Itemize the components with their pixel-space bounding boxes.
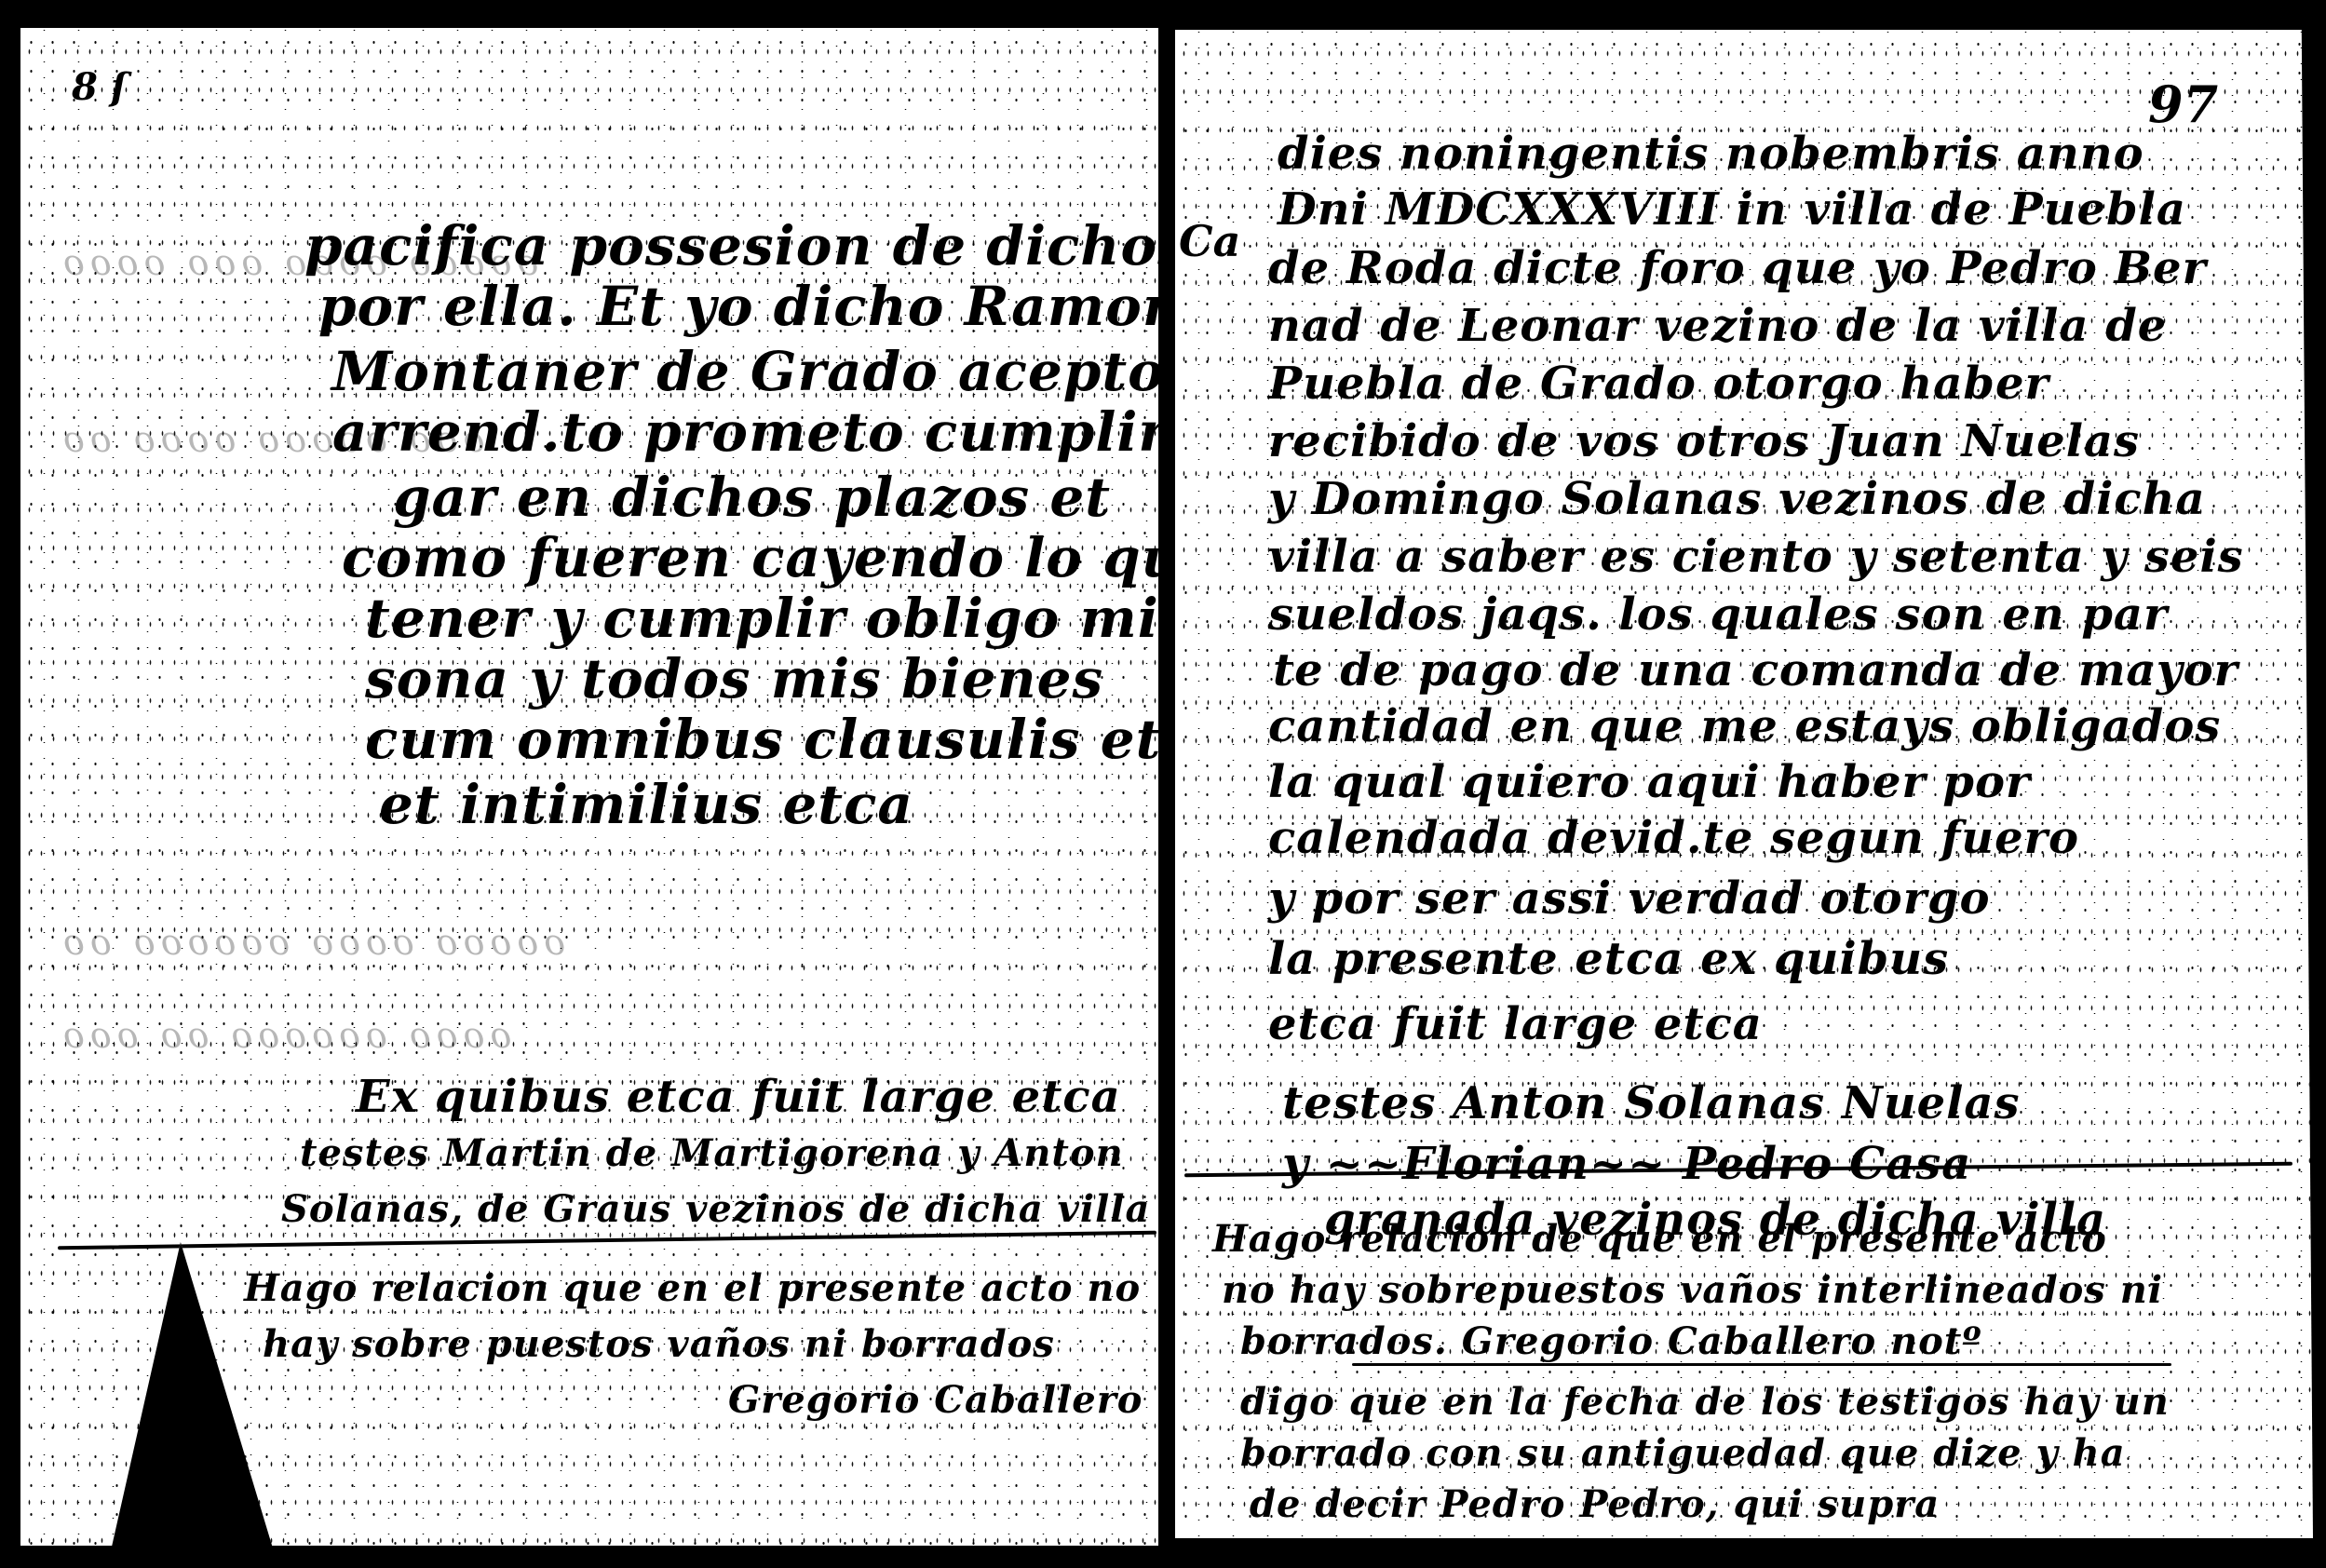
manuscript-line: Montaner de Grado acepto dicho [332, 340, 1164, 403]
manuscript-line: dies noningentis nobembris anno [1278, 128, 2144, 180]
witness-line: testes Anton Solanas Nuelas [1282, 1077, 2021, 1129]
right-folio-number: 97 [2148, 74, 2218, 134]
manuscript-line: y por ser assi verdad otorgo [1268, 872, 1991, 925]
left-folio-number: 8 ſ [72, 65, 127, 109]
note-line: Hago relacion que en el presente acto no [244, 1266, 1141, 1310]
manuscript-line: sueldos jaqs. los quales son en par [1268, 588, 2168, 641]
section-divider [58, 1231, 1156, 1250]
manuscript-line: sona y todos mis bienes [365, 647, 1103, 710]
manuscript-line: et intimilius etca [379, 773, 913, 836]
bleed-through-text: oooo oooooo oo ooo [58, 1015, 511, 1056]
note-line: no hay sobrepuestos vaños interlineados … [1222, 1268, 2163, 1312]
witness-line: Solanas, de Graus vezinos de dicha villa [281, 1187, 1150, 1231]
manuscript-line: Puebla de Grado otorgo haber [1268, 358, 2049, 410]
manuscript-line: por ella. Et yo dicho Ramon [318, 275, 1164, 338]
manuscript-line: calendada devid.te segun fuero [1268, 812, 2079, 864]
witness-line: y ~~Florian~~ Pedro Casa [1282, 1138, 1971, 1190]
manuscript-line: la presente etca ex quibus [1268, 933, 1949, 985]
note-line: borrados. Gregorio Caballero notº [1240, 1319, 1981, 1363]
manuscript-line: Dni MDCXXXVIII in villa de Puebla [1278, 183, 2186, 236]
manuscript-line: nad de Leonar vezino de la villa de [1268, 300, 2167, 352]
left-page: 8 ſ ooooo oooo ooo oooo ooo ooooo oooo o… [20, 28, 1164, 1546]
manuscript-line: recibido de vos otros Juan Nuelas [1268, 415, 2140, 467]
manuscript-scan: 8 ſ ooooo oooo ooo oooo ooo ooooo oooo o… [0, 0, 2326, 1568]
note-line: hay sobre puestos vaños ni borrados [263, 1322, 1055, 1366]
manuscript-line: villa a saber es ciento y setenta y seis [1268, 531, 2244, 583]
manuscript-line: te de pago de una comanda de mayor [1273, 644, 2238, 696]
manuscript-line: de Roda dicte foro que yo Pedro Ber [1268, 242, 2207, 294]
manuscript-line: tener y cumplir obligo mi per [365, 587, 1164, 650]
manuscript-line: cantidad en que me estays obligados [1268, 700, 2221, 752]
witness-line: testes Martin de Martigorena y Anton [300, 1131, 1124, 1175]
marginal-note: Ca [1179, 216, 1240, 266]
manuscript-line: cum omnibus clausulis etca [365, 708, 1164, 771]
witness-line: Ex quibus etca fuit large etca [356, 1071, 1121, 1123]
bleed-through-text: ooooo oooo oooooo oo [58, 922, 565, 963]
manuscript-line: arrend.to prometo cumplir y pa [332, 400, 1164, 464]
manuscript-line: gar en dichos plazos et [393, 466, 1111, 529]
addendum-line: digo que en la fecha de los testigos hay… [1240, 1380, 2170, 1424]
manuscript-line: etca fuit large etca [1268, 998, 1763, 1050]
manuscript-line: como fueren cayendo lo qual [342, 526, 1164, 589]
addendum-line: de decir Pedro Pedro, qui supra [1250, 1482, 1940, 1526]
notary-signature: Gregorio Caballero notº [728, 1378, 1164, 1422]
manuscript-line: pacifica possesion de dichos an [304, 214, 1164, 277]
manuscript-line: la qual quiero aqui haber por [1268, 756, 2030, 808]
manuscript-line: y Domingo Solanas vezinos de dicha [1268, 473, 2206, 525]
signature-underline [1352, 1363, 2171, 1366]
right-page: 97 Ca dies noningentis nobembris anno Dn… [1175, 30, 2313, 1538]
addendum-line: borrado con su antiguedad que dize y ha [1240, 1431, 2126, 1475]
note-line: Hago relacion de que en el presente acto [1212, 1217, 2107, 1261]
